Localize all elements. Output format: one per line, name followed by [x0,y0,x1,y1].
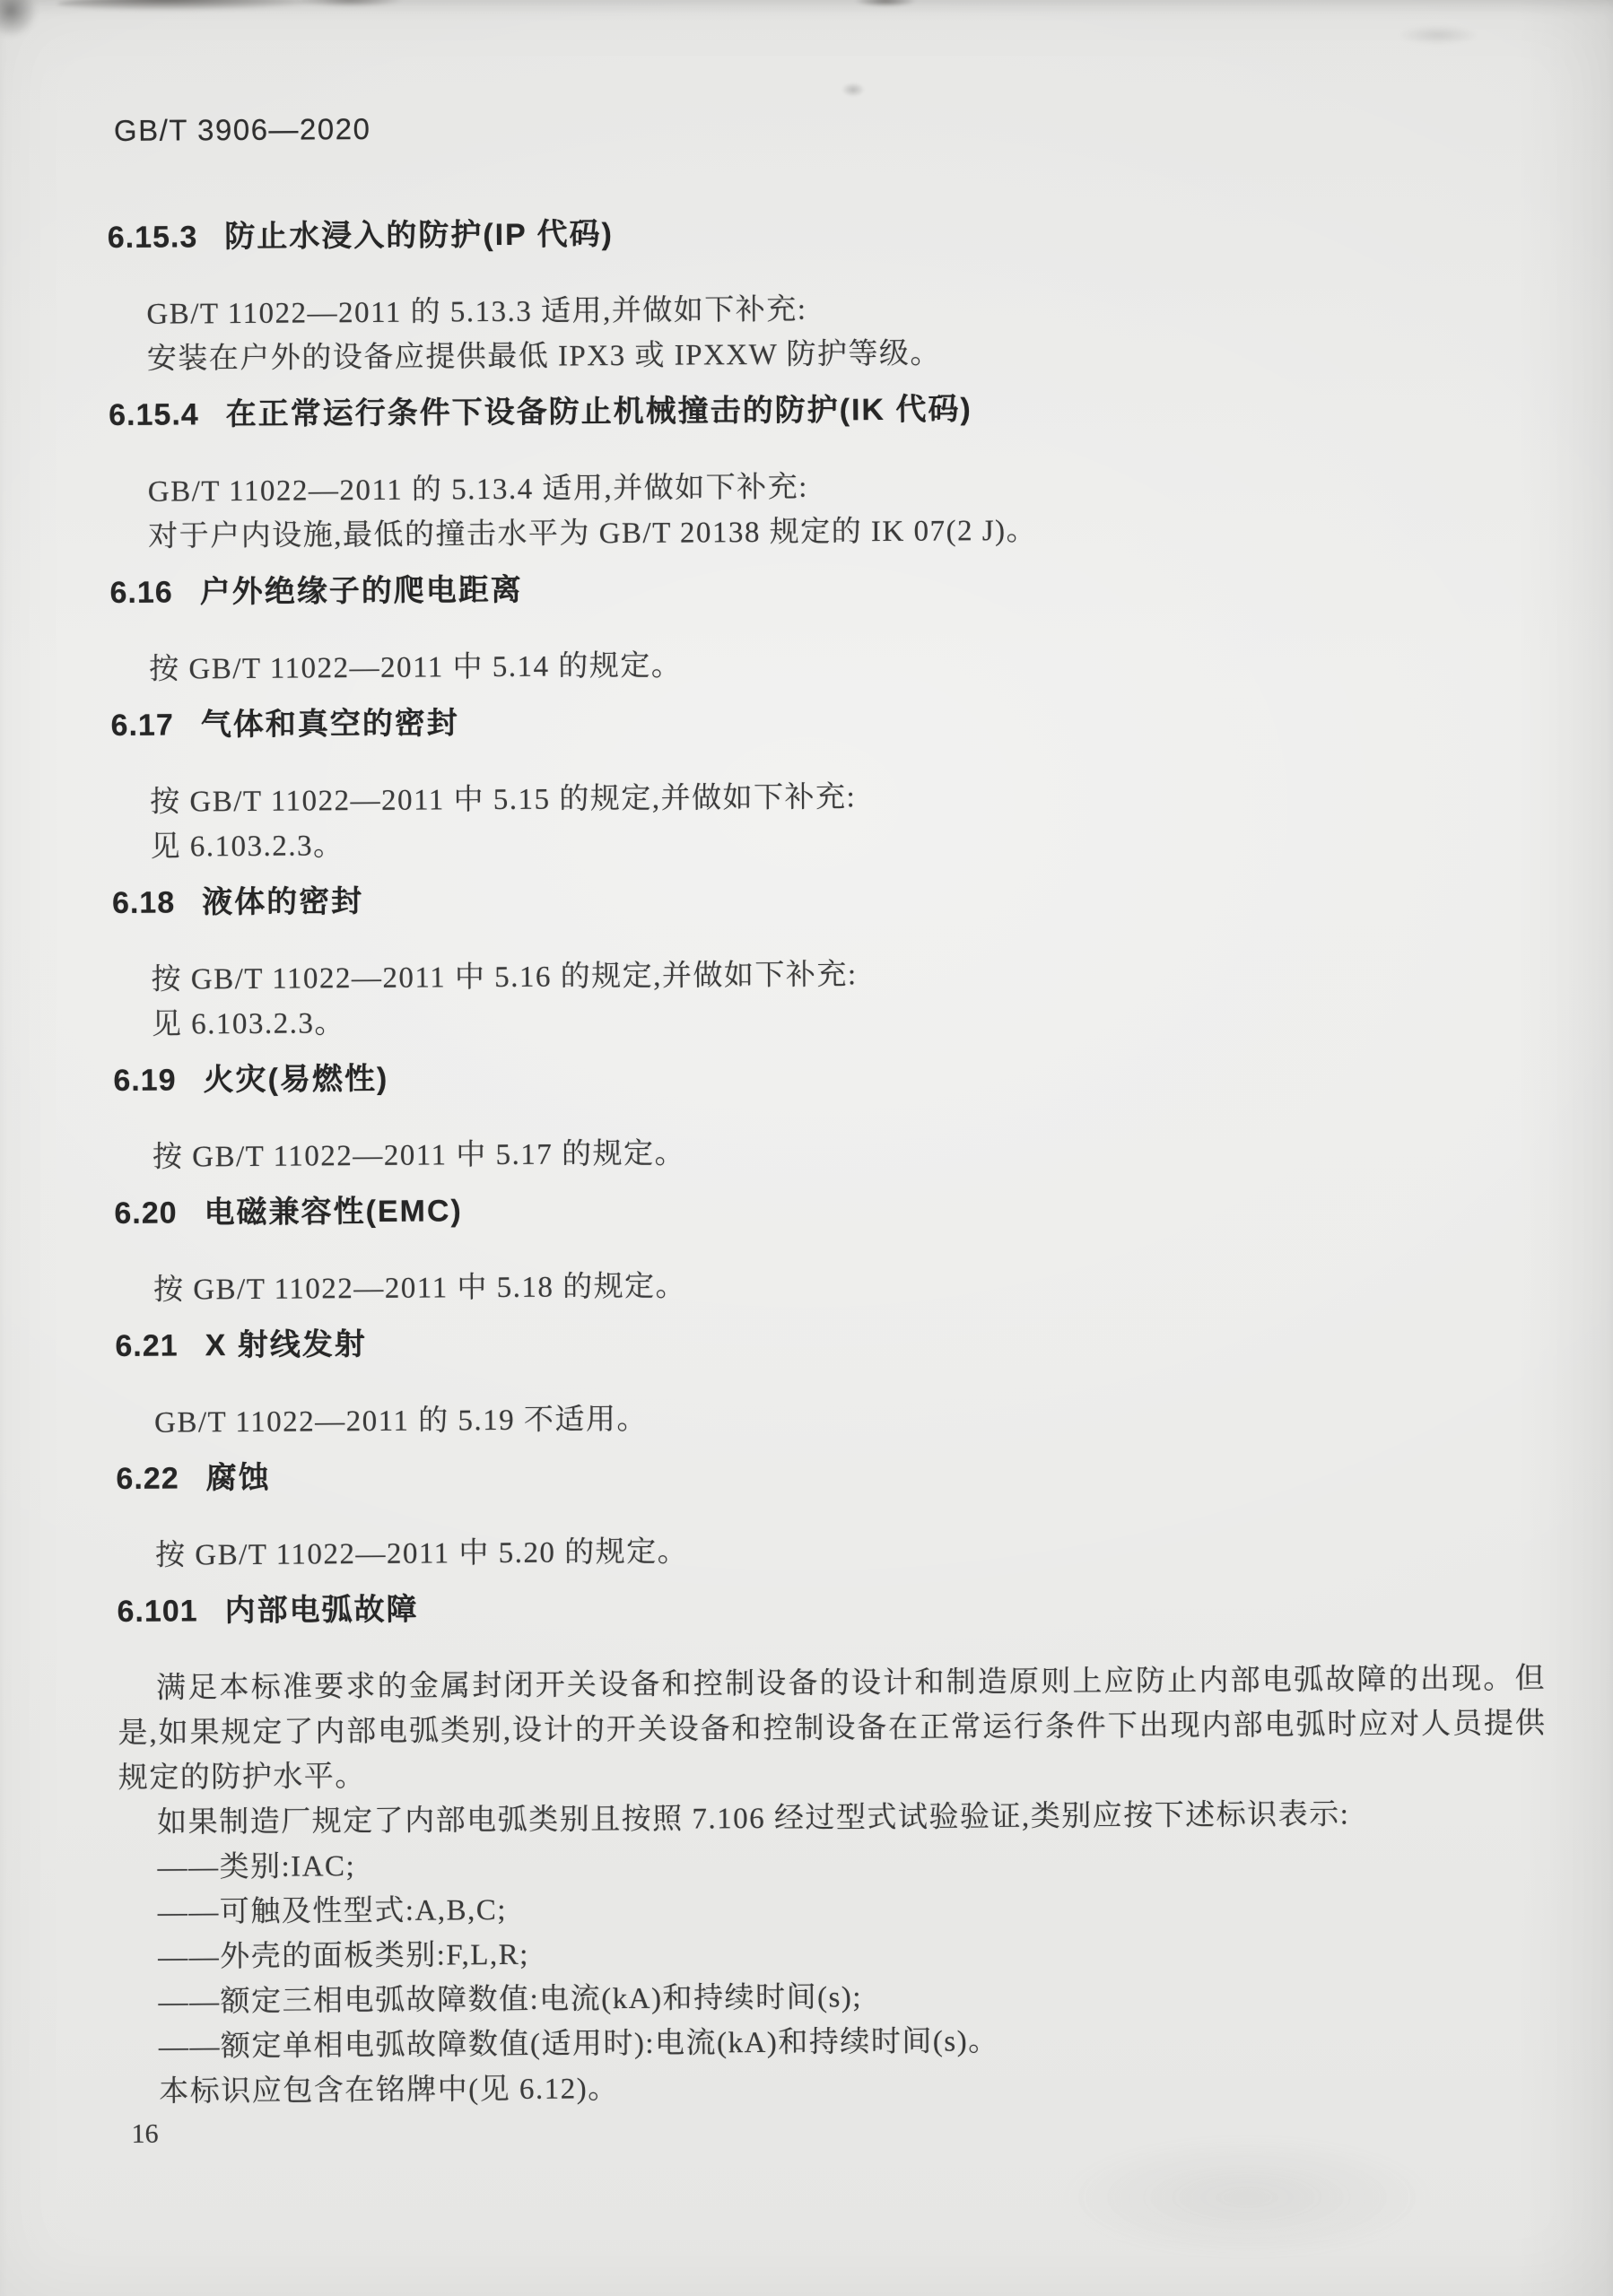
section-title: 户外绝缘子的爬电距离 [200,573,523,610]
section-heading: 6.22腐蚀 [116,1454,1544,1494]
section-number: 6.18 [112,886,175,920]
sections-container: 6.15.3防止水浸入的防护(IP 代码)GB/T 11022—2011 的 5… [108,213,1549,2115]
section: 6.22腐蚀按 GB/T 11022—2011 中 5.20 的规定。 [116,1454,1545,1578]
section-heading: 6.20电磁兼容性(EMC) [114,1188,1542,1229]
section-paragraph: 按 GB/T 11022—2011 中 5.20 的规定。 [117,1524,1545,1578]
section-title: X 射线发射 [205,1327,366,1362]
section: 6.16户外绝缘子的爬电距离按 GB/T 11022—2011 中 5.14 的… [109,568,1539,692]
section-title: 在正常运行条件下设备防止机械撞击的防护(IK 代码) [226,392,972,431]
section-paragraph: 对于户内设施,最低的撞击水平为 GB/T 20138 规定的 IK 07(2 J… [109,505,1538,560]
section-number: 6.15.4 [109,397,199,432]
section-heading: 6.19火灾(易燃性) [113,1056,1541,1096]
section-number: 6.17 [110,709,173,743]
section-title: 火灾(易燃性) [203,1062,388,1097]
section-heading: 6.101内部电弧故障 [117,1587,1545,1627]
section-paragraph: 满足本标准要求的金属封闭开关设备和控制设备的设计和制造原则上应防止内部电弧故障的… [118,1657,1547,1801]
section-number: 6.21 [115,1329,178,1363]
section-title: 气体和真空的密封 [201,706,459,742]
section-number: 6.20 [114,1196,177,1231]
section-heading: 6.15.4在正常运行条件下设备防止机械撞击的防护(IK 代码) [109,390,1537,430]
section-paragraph: 见 6.103.2.3。 [111,815,1539,870]
section-heading: 6.21X 射线发射 [115,1321,1543,1361]
section: 6.18液体的密封按 GB/T 11022—2011 中 5.16 的规定,并做… [112,878,1541,1048]
section-paragraph: 按 GB/T 11022—2011 中 5.17 的规定。 [114,1126,1542,1180]
section-title: 内部电弧故障 [224,1593,418,1629]
section-heading: 6.18液体的密封 [112,878,1540,918]
section-paragraph: 见 6.103.2.3。 [113,993,1541,1048]
section-number: 6.22 [116,1462,179,1496]
section-paragraph: 安装在户外的设备应提供最低 IPX3 或 IPXXW 防护等级。 [109,327,1537,382]
section-paragraph: 按 GB/T 11022—2011 中 5.14 的规定。 [110,638,1539,692]
section: 6.101内部电弧故障满足本标准要求的金属封闭开关设备和控制设备的设计和制造原则… [117,1587,1548,2115]
standard-code: GB/T 3906—2020 [114,106,1535,146]
section-closing: 本标识应包含在铭牌中(见 6.12)。 [120,2060,1548,2115]
section-number: 6.101 [117,1594,197,1629]
section-heading: 6.15.3防止水浸入的防护(IP 代码) [108,213,1536,253]
scanned-standard-page: { "page": { "standard_code": "GB/T 3906—… [0,0,1613,2296]
section-heading: 6.16户外绝缘子的爬电距离 [109,568,1538,608]
section-title: 液体的密封 [202,884,363,919]
section-number: 6.15.3 [108,220,198,255]
section-title: 腐蚀 [206,1461,271,1496]
section-number: 6.16 [109,576,172,610]
section: 6.15.3防止水浸入的防护(IP 代码)GB/T 11022—2011 的 5… [108,213,1537,382]
section-title: 防止水浸入的防护(IP 代码) [224,217,614,254]
section-number: 6.19 [113,1064,176,1098]
section: 6.19火灾(易燃性)按 GB/T 11022—2011 中 5.17 的规定。 [113,1056,1542,1180]
section-heading: 6.17气体和真空的密封 [110,700,1539,741]
section: 6.20电磁兼容性(EMC)按 GB/T 11022—2011 中 5.18 的… [114,1188,1543,1313]
section: 6.15.4在正常运行条件下设备防止机械撞击的防护(IK 代码)GB/T 110… [109,390,1538,560]
document-content: GB/T 3906—2020 6.15.3防止水浸入的防护(IP 代码)GB/T… [0,0,1613,2153]
section-paragraph: GB/T 11022—2011 的 5.19 不适用。 [116,1391,1544,1446]
section-title: 电磁兼容性(EMC) [204,1194,462,1230]
section: 6.21X 射线发射GB/T 11022—2011 的 5.19 不适用。 [115,1321,1544,1446]
section: 6.17气体和真空的密封按 GB/T 11022—2011 中 5.15 的规定… [110,700,1539,870]
section-paragraph: 按 GB/T 11022—2011 中 5.18 的规定。 [115,1258,1543,1313]
